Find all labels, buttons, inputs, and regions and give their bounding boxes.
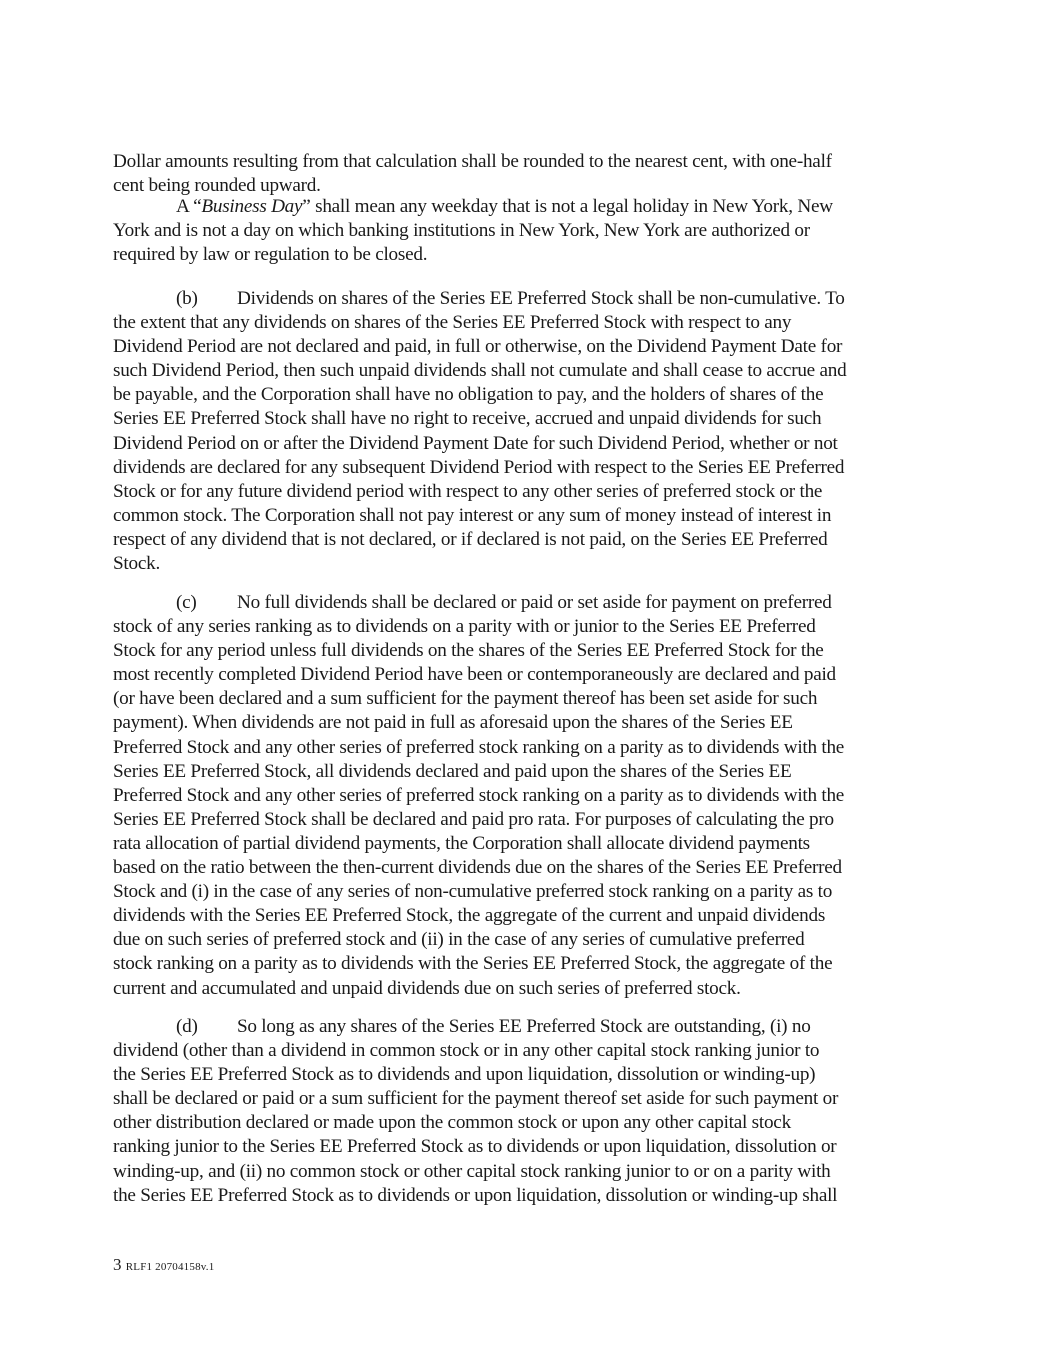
text-line: be payable, and the Corporation shall ha… — [113, 383, 943, 407]
text-line: based on the ratio between the then-curr… — [113, 856, 943, 880]
section-label: (d) — [176, 1015, 237, 1039]
text-line: Series EE Preferred Stock shall be decla… — [113, 808, 943, 832]
section-label: (b) — [176, 287, 237, 311]
text-fragment: A “ — [176, 196, 201, 217]
page-footer: 3 RLF1 20704158v.1 — [113, 1254, 214, 1278]
text-fragment: No full dividends shall be declared or p… — [237, 592, 832, 613]
text-line: (b)Dividends on shares of the Series EE … — [113, 287, 943, 311]
section-b: (b)Dividends on shares of the Series EE … — [113, 287, 943, 576]
text-line: dividends are declared for any subsequen… — [113, 456, 943, 480]
text-line: (c)No full dividends shall be declared o… — [113, 591, 943, 615]
text-line: Series EE Preferred Stock shall have no … — [113, 407, 943, 431]
text-line: stock ranking on a parity as to dividend… — [113, 952, 943, 976]
document-id: RLF1 20704158v.1 — [126, 1261, 215, 1273]
defined-term: Business Day — [201, 196, 302, 217]
text-line: rata allocation of partial dividend paym… — [113, 832, 943, 856]
text-line: stock of any series ranking as to divide… — [113, 615, 943, 639]
text-line: Dollar amounts resulting from that calcu… — [113, 150, 943, 174]
text-line: the Series EE Preferred Stock as to divi… — [113, 1184, 943, 1208]
text-line: due on such series of preferred stock an… — [113, 928, 943, 952]
document-page: Dollar amounts resulting from that calcu… — [0, 0, 1055, 1365]
text-line: Stock. — [113, 552, 943, 576]
text-line: other distribution declared or made upon… — [113, 1111, 943, 1135]
section-c: (c)No full dividends shall be declared o… — [113, 591, 943, 1001]
text-line: shall be declared or paid or a sum suffi… — [113, 1087, 943, 1111]
text-line: (or have been declared and a sum suffici… — [113, 687, 943, 711]
section-d: (d)So long as any shares of the Series E… — [113, 1015, 943, 1208]
text-line: York and is not a day on which banking i… — [113, 219, 943, 243]
text-line: ranking junior to the Series EE Preferre… — [113, 1135, 943, 1159]
text-fragment: ” shall mean any weekday that is not a l… — [302, 196, 833, 217]
text-line: Series EE Preferred Stock, all dividends… — [113, 760, 943, 784]
text-fragment: So long as any shares of the Series EE P… — [237, 1016, 811, 1037]
text-line: current and accumulated and unpaid divid… — [113, 977, 943, 1001]
text-line: common stock. The Corporation shall not … — [113, 504, 943, 528]
paragraph-rounding: Dollar amounts resulting from that calcu… — [113, 150, 943, 198]
text-line: Preferred Stock and any other series of … — [113, 784, 943, 808]
text-line: A “Business Day” shall mean any weekday … — [113, 195, 943, 219]
text-line: winding-up, and (ii) no common stock or … — [113, 1160, 943, 1184]
text-fragment: Dividends on shares of the Series EE Pre… — [237, 288, 845, 309]
text-line: respect of any dividend that is not decl… — [113, 528, 943, 552]
text-line: the Series EE Preferred Stock as to divi… — [113, 1063, 943, 1087]
text-line: most recently completed Dividend Period … — [113, 663, 943, 687]
text-line: such Dividend Period, then such unpaid d… — [113, 359, 943, 383]
text-line: Preferred Stock and any other series of … — [113, 736, 943, 760]
text-line: Stock for any period unless full dividen… — [113, 639, 943, 663]
text-line: the extent that any dividends on shares … — [113, 311, 943, 335]
text-line: (d)So long as any shares of the Series E… — [113, 1015, 943, 1039]
text-line: Dividend Period are not declared and pai… — [113, 335, 943, 359]
text-line: payment). When dividends are not paid in… — [113, 711, 943, 735]
section-label: (c) — [176, 591, 237, 615]
paragraph-business-day-definition: A “Business Day” shall mean any weekday … — [113, 195, 943, 267]
text-line: dividend (other than a dividend in commo… — [113, 1039, 943, 1063]
text-line: Dividend Period on or after the Dividend… — [113, 432, 943, 456]
text-line: Stock or for any future dividend period … — [113, 480, 943, 504]
text-line: Stock and (i) in the case of any series … — [113, 880, 943, 904]
page-number: 3 — [113, 1255, 122, 1274]
text-line: dividends with the Series EE Preferred S… — [113, 904, 943, 928]
text-line: required by law or regulation to be clos… — [113, 243, 943, 267]
